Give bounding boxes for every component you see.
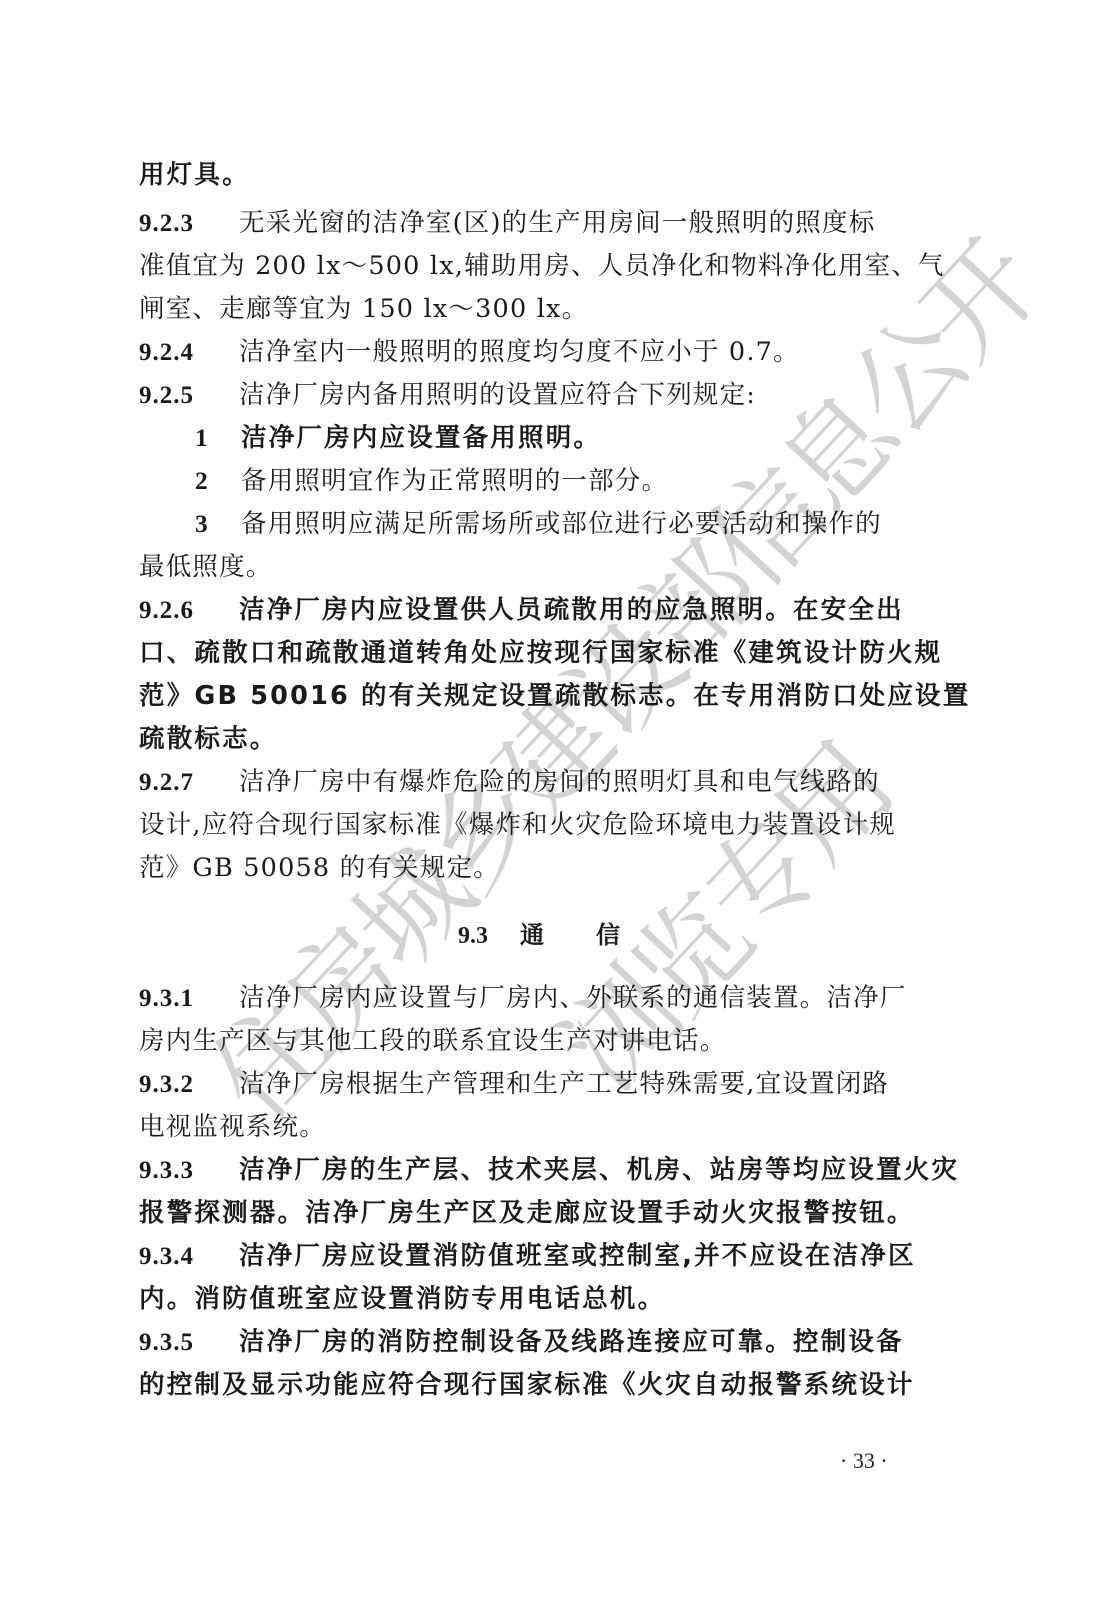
line-text: 报警探测器。洁净厂房生产区及走廊应设置手动火灾报警按钮。 [139,1198,915,1228]
clause-number: 9.3.5 [139,1328,239,1358]
text-line: 9.3.3洁净厂房的生产层、技术夹层、机房、站房等均应设置火灾 [139,1155,959,1186]
text-line: 范》GB 50016 的有关规定设置疏散标志。在专用消防口处应设置 [139,681,970,711]
line-text: 的控制及显示功能应符合现行国家标准《火灾自动报警系统设计 [139,1370,915,1400]
text-line: 1洁净厂房内应设置备用照明。 [195,423,601,453]
line-text: 内。消防值班室应设置消防专用电话总机。 [139,1284,665,1314]
text-line: 准值宜为 200 lx～500 lx,辅助用房、人员净化和物料净化用室、气 [139,251,945,281]
text-line: 闸室、走廊等宜为 150 lx～300 lx。 [139,294,588,324]
line-text: 洁净厂房内应设置与厂房内、外联系的通信装置。洁净厂 [239,983,907,1013]
clause-number: 9.3.3 [139,1156,239,1186]
text-line: 范》GB 50058 的有关规定。 [139,853,500,883]
line-text: 闸室、走廊等宜为 150 lx～300 lx。 [139,294,588,324]
text-line: 3备用照明应满足所需场所或部位进行必要活动和操作的 [195,509,882,539]
text-line: 疏散标志。 [139,724,278,754]
clause-number: 9.2.4 [139,338,239,368]
text-line: 报警探测器。洁净厂房生产区及走廊应设置手动火灾报警按钮。 [139,1198,915,1228]
line-text: 最低照度。 [139,552,273,582]
text-line: 电视监视系统。 [139,1112,326,1142]
text-line: 设计,应符合现行国家标准《爆炸和火灾危险环境电力装置设计规 [139,810,896,840]
text-line: 9.3.1洁净厂房内应设置与厂房内、外联系的通信装置。洁净厂 [139,983,907,1014]
text-line: 9.2.4洁净室内一般照明的照度均匀度不应小于 0.7。 [139,337,800,368]
line-text: 设计,应符合现行国家标准《爆炸和火灾危险环境电力装置设计规 [139,810,896,840]
list-item-number: 1 [195,423,241,453]
line-text: 口、疏散口和疏散通道转角处应按现行国家标准《建筑设计防火规 [139,638,942,668]
line-text: 洁净厂房的生产层、技术夹层、机房、站房等均应设置火灾 [239,1155,959,1185]
line-text: 范》GB 50058 的有关规定。 [139,853,500,883]
line-text: 洁净厂房的消防控制设备及线路连接应可靠。控制设备 [239,1327,904,1357]
text-line: 9.3.4洁净厂房应设置消防值班室或控制室,并不应设在洁净区 [139,1241,916,1272]
line-text: 范》GB 50016 的有关规定设置疏散标志。在专用消防口处应设置 [139,681,970,711]
clause-number: 9.2.7 [139,768,239,798]
line-text: 洁净厂房根据生产管理和生产工艺特殊需要,宜设置闭路 [239,1069,889,1099]
section-heading: 9.3通信 [139,920,939,951]
text-line: 的控制及显示功能应符合现行国家标准《火灾自动报警系统设计 [139,1370,915,1400]
line-text: 洁净厂房中有爆炸危险的房间的照明灯具和电气线路的 [239,767,880,797]
list-item-number: 3 [195,509,241,539]
line-text: 备用照明宜作为正常照明的一部分。 [241,466,668,496]
page-number: · 33 · [840,1448,888,1474]
text-line: 最低照度。 [139,552,273,582]
text-line: 口、疏散口和疏散通道转角处应按现行国家标准《建筑设计防火规 [139,638,942,668]
clause-number: 9.3.1 [139,984,239,1014]
clause-number: 9.2.5 [139,381,239,411]
line-text: 洁净室内一般照明的照度均匀度不应小于 0.7。 [239,337,800,367]
clause-number: 9.3.4 [139,1242,239,1272]
line-text: 洁净厂房内备用照明的设置应符合下列规定: [239,380,756,410]
section-title-part-2: 信 [596,921,620,949]
line-text: 用灯具。 [139,160,250,190]
text-line: 用灯具。 [139,160,250,190]
line-text: 准值宜为 200 lx～500 lx,辅助用房、人员净化和物料净化用室、气 [139,251,945,281]
clause-number: 9.2.3 [139,209,239,239]
text-line: 9.2.3无采光窗的洁净室(区)的生产用房间一般照明的照度标 [139,208,875,239]
line-text: 备用照明应满足所需场所或部位进行必要活动和操作的 [241,509,882,539]
line-text: 房内生产区与其他工段的联系宜设生产对讲电话。 [139,1026,726,1056]
section-title-part-1: 通 [520,921,544,949]
clause-number: 9.3.2 [139,1070,239,1100]
text-line: 2备用照明宜作为正常照明的一部分。 [195,466,668,496]
text-line: 房内生产区与其他工段的联系宜设生产对讲电话。 [139,1026,726,1056]
line-text: 疏散标志。 [139,724,278,754]
text-line: 9.2.7洁净厂房中有爆炸危险的房间的照明灯具和电气线路的 [139,767,880,798]
line-text: 洁净厂房内应设置备用照明。 [241,423,601,453]
text-line: 9.2.6洁净厂房内应设置供人员疏散用的应急照明。在安全出 [139,595,904,626]
text-line: 内。消防值班室应设置消防专用电话总机。 [139,1284,665,1314]
line-text: 洁净厂房内应设置供人员疏散用的应急照明。在安全出 [239,595,904,625]
section-number: 9.3 [458,923,488,949]
line-text: 无采光窗的洁净室(区)的生产用房间一般照明的照度标 [239,208,875,238]
text-line: 9.2.5洁净厂房内备用照明的设置应符合下列规定: [139,380,756,411]
text-line: 9.3.2洁净厂房根据生产管理和生产工艺特殊需要,宜设置闭路 [139,1069,889,1100]
list-item-number: 2 [195,466,241,496]
line-text: 电视监视系统。 [139,1112,326,1142]
clause-number: 9.2.6 [139,596,239,626]
line-text: 洁净厂房应设置消防值班室或控制室,并不应设在洁净区 [239,1241,916,1271]
text-line: 9.3.5洁净厂房的消防控制设备及线路连接应可靠。控制设备 [139,1327,904,1358]
